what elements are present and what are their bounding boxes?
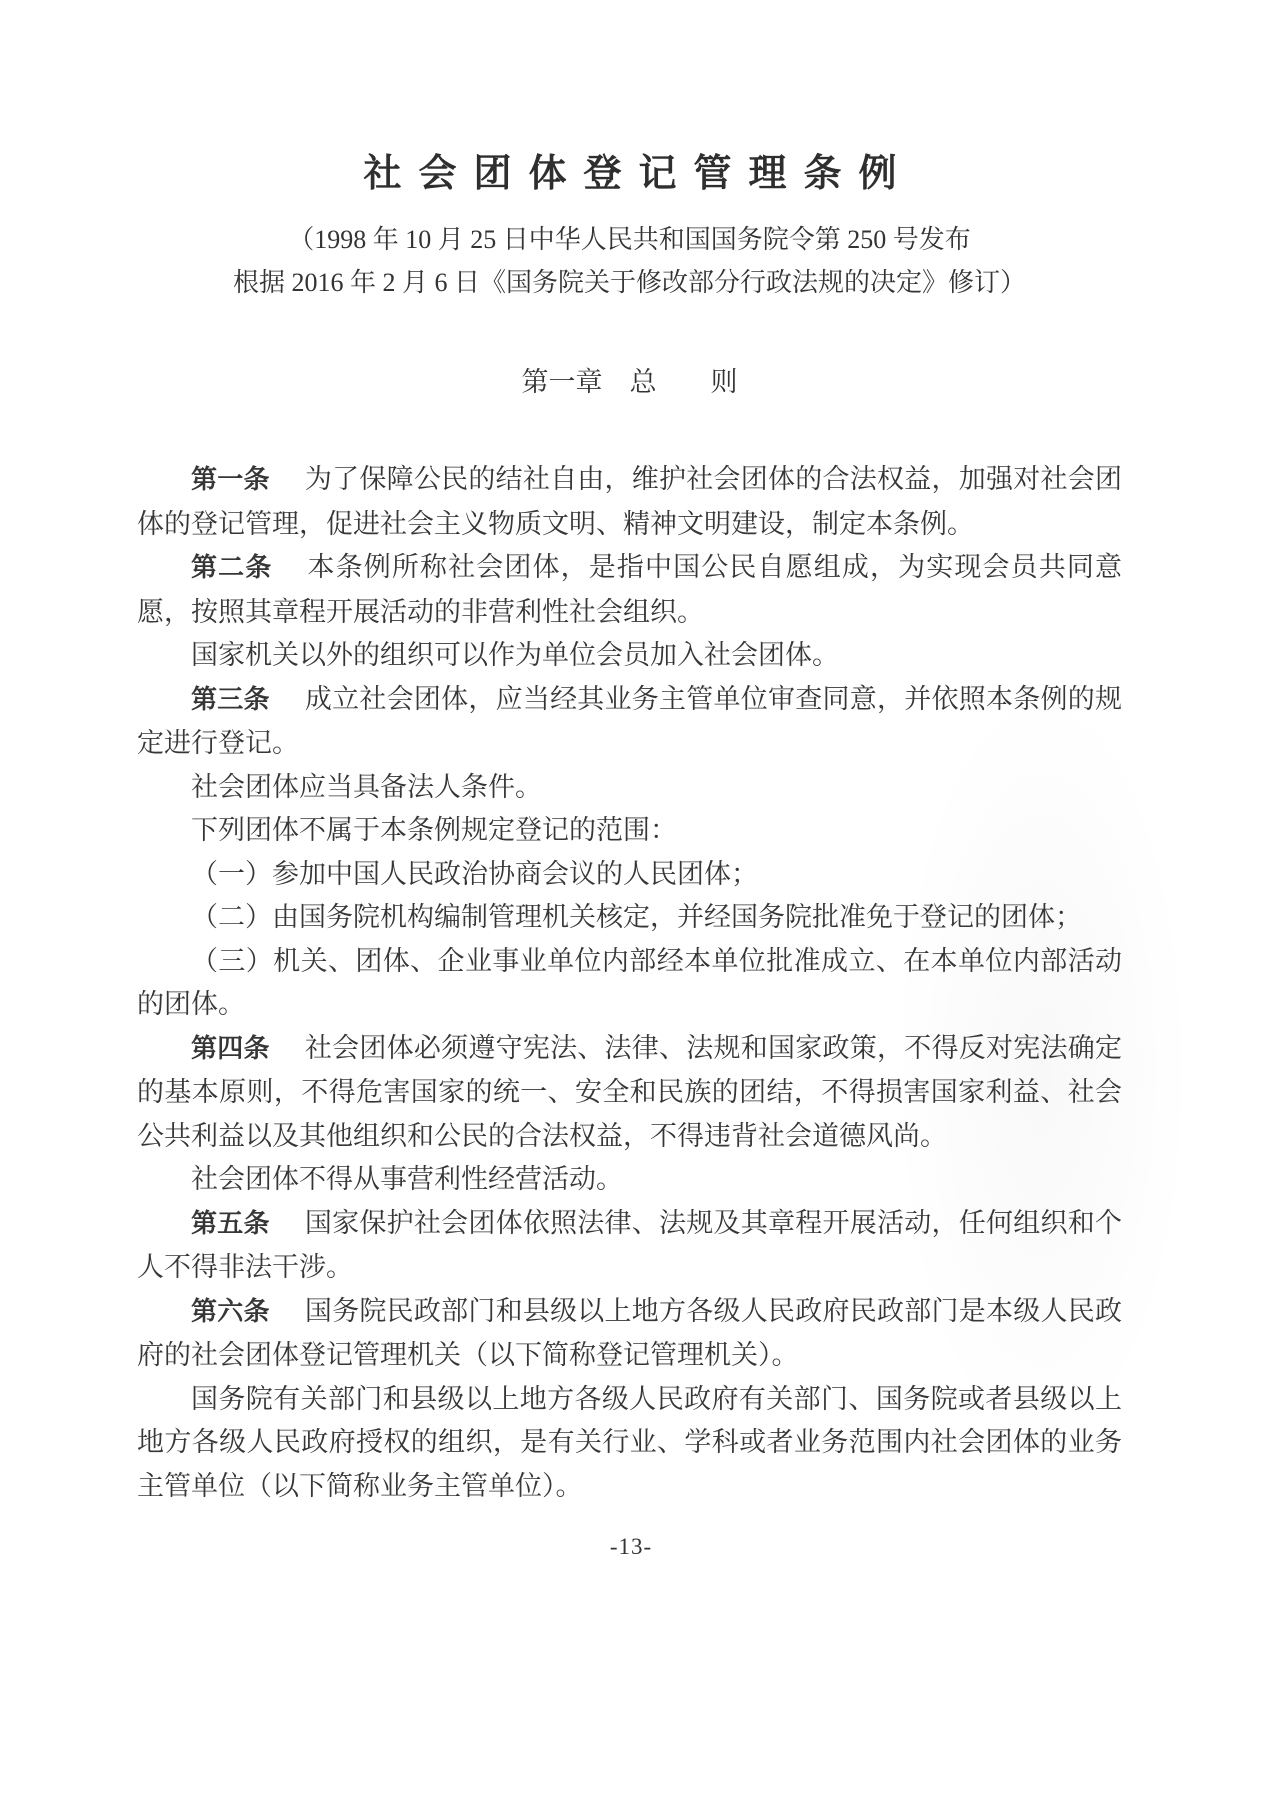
article-number: 第二条 xyxy=(191,553,272,583)
article-paragraph: 第六条国务院民政部门和县级以上地方各级人民政府民政部门是本级人民政府的社会团体登… xyxy=(137,1290,1122,1378)
paragraph-text: 国家机关以外的组织可以作为单位会员加入社会团体。 xyxy=(191,640,839,670)
article-number: 第一条 xyxy=(191,465,270,495)
paragraph-text: （二）由国务院机构编制管理机关核定，并经国务院批准免于登记的团体； xyxy=(191,902,1082,932)
paragraph-text: （三）机关、团体、企业事业单位内部经本单位批准成立、在本单位内部活动的团体。 xyxy=(137,946,1122,1020)
paragraph-text: 社会团体不得从事营利性经营活动。 xyxy=(191,1164,623,1194)
article-number: 第四条 xyxy=(191,1034,270,1064)
article-paragraph: （一）参加中国人民政治协商会议的人民团体； xyxy=(137,853,1122,897)
article-paragraph: 社会团体不得从事营利性经营活动。 xyxy=(137,1158,1122,1202)
document-page: 社会团体登记管理条例 （1998 年 10 月 25 日中华人民共和国国务院令第… xyxy=(0,0,1262,1793)
source-note-line2: 根据 2016 年 2 月 6 日《国务院关于修改部分行政法规的决定》修订） xyxy=(137,261,1122,304)
article-paragraph: 第二条本条例所称社会团体，是指中国公民自愿组成，为实现会员共同意愿，按照其章程开… xyxy=(137,546,1122,634)
document-body: 第一条为了保障公民的结社自由，维护社会团体的合法权益，加强对社会团体的登记管理，… xyxy=(137,458,1122,1508)
paragraph-text: 下列团体不属于本条例规定登记的范围： xyxy=(191,815,677,845)
paragraph-text: （一）参加中国人民政治协商会议的人民团体； xyxy=(191,859,758,889)
article-paragraph: 下列团体不属于本条例规定登记的范围： xyxy=(137,809,1122,853)
chapter-heading: 第一章 总 则 xyxy=(137,361,1122,404)
paragraph-text: 为了保障公民的结社自由，维护社会团体的合法权益，加强对社会团体的登记管理，促进社… xyxy=(137,464,1122,539)
paragraph-text: 国务院民政部门和县级以上地方各级人民政府民政部门是本级人民政府的社会团体登记管理… xyxy=(137,1296,1122,1371)
article-paragraph: （二）由国务院机构编制管理机关核定，并经国务院批准免于登记的团体； xyxy=(137,896,1122,940)
article-paragraph: 国家机关以外的组织可以作为单位会员加入社会团体。 xyxy=(137,634,1122,678)
page-content: 社会团体登记管理条例 （1998 年 10 月 25 日中华人民共和国国务院令第… xyxy=(0,0,1262,1508)
article-paragraph: 社会团体应当具备法人条件。 xyxy=(137,766,1122,810)
paragraph-text: 本条例所称社会团体，是指中国公民自愿组成，为实现会员共同意愿，按照其章程开展活动… xyxy=(137,552,1122,627)
article-paragraph: 第三条成立社会团体，应当经其业务主管单位审查同意，并依照本条例的规定进行登记。 xyxy=(137,678,1122,766)
paragraph-text: 国务院有关部门和县级以上地方各级人民政府有关部门、国务院或者县级以上地方各级人民… xyxy=(137,1384,1122,1501)
article-number: 第六条 xyxy=(191,1297,270,1327)
article-paragraph: 第四条社会团体必须遵守宪法、法律、法规和国家政策，不得反对宪法确定的基本原则，不… xyxy=(137,1027,1122,1159)
paragraph-text: 成立社会团体，应当经其业务主管单位审查同意，并依照本条例的规定进行登记。 xyxy=(137,684,1122,759)
paragraph-text: 国家保护社会团体依照法律、法规及其章程开展活动，任何组织和个人不得非法干涉。 xyxy=(137,1208,1122,1283)
article-paragraph: 第一条为了保障公民的结社自由，维护社会团体的合法权益，加强对社会团体的登记管理，… xyxy=(137,458,1122,546)
document-title: 社会团体登记管理条例 xyxy=(137,0,1122,198)
source-note: （1998 年 10 月 25 日中华人民共和国国务院令第 250 号发布 根据… xyxy=(137,218,1122,304)
article-paragraph: （三）机关、团体、企业事业单位内部经本单位批准成立、在本单位内部活动的团体。 xyxy=(137,940,1122,1027)
article-number: 第五条 xyxy=(191,1209,270,1239)
article-paragraph: 第五条国家保护社会团体依照法律、法规及其章程开展活动，任何组织和个人不得非法干涉… xyxy=(137,1202,1122,1290)
paragraph-text: 社会团体应当具备法人条件。 xyxy=(191,772,542,802)
paragraph-text: 社会团体必须遵守宪法、法律、法规和国家政策，不得反对宪法确定的基本原则，不得危害… xyxy=(137,1033,1122,1151)
article-number: 第三条 xyxy=(191,685,270,715)
article-paragraph: 国务院有关部门和县级以上地方各级人民政府有关部门、国务院或者县级以上地方各级人民… xyxy=(137,1378,1122,1509)
source-note-line1: （1998 年 10 月 25 日中华人民共和国国务院令第 250 号发布 xyxy=(137,218,1122,261)
page-number: -13- xyxy=(0,1534,1262,1560)
